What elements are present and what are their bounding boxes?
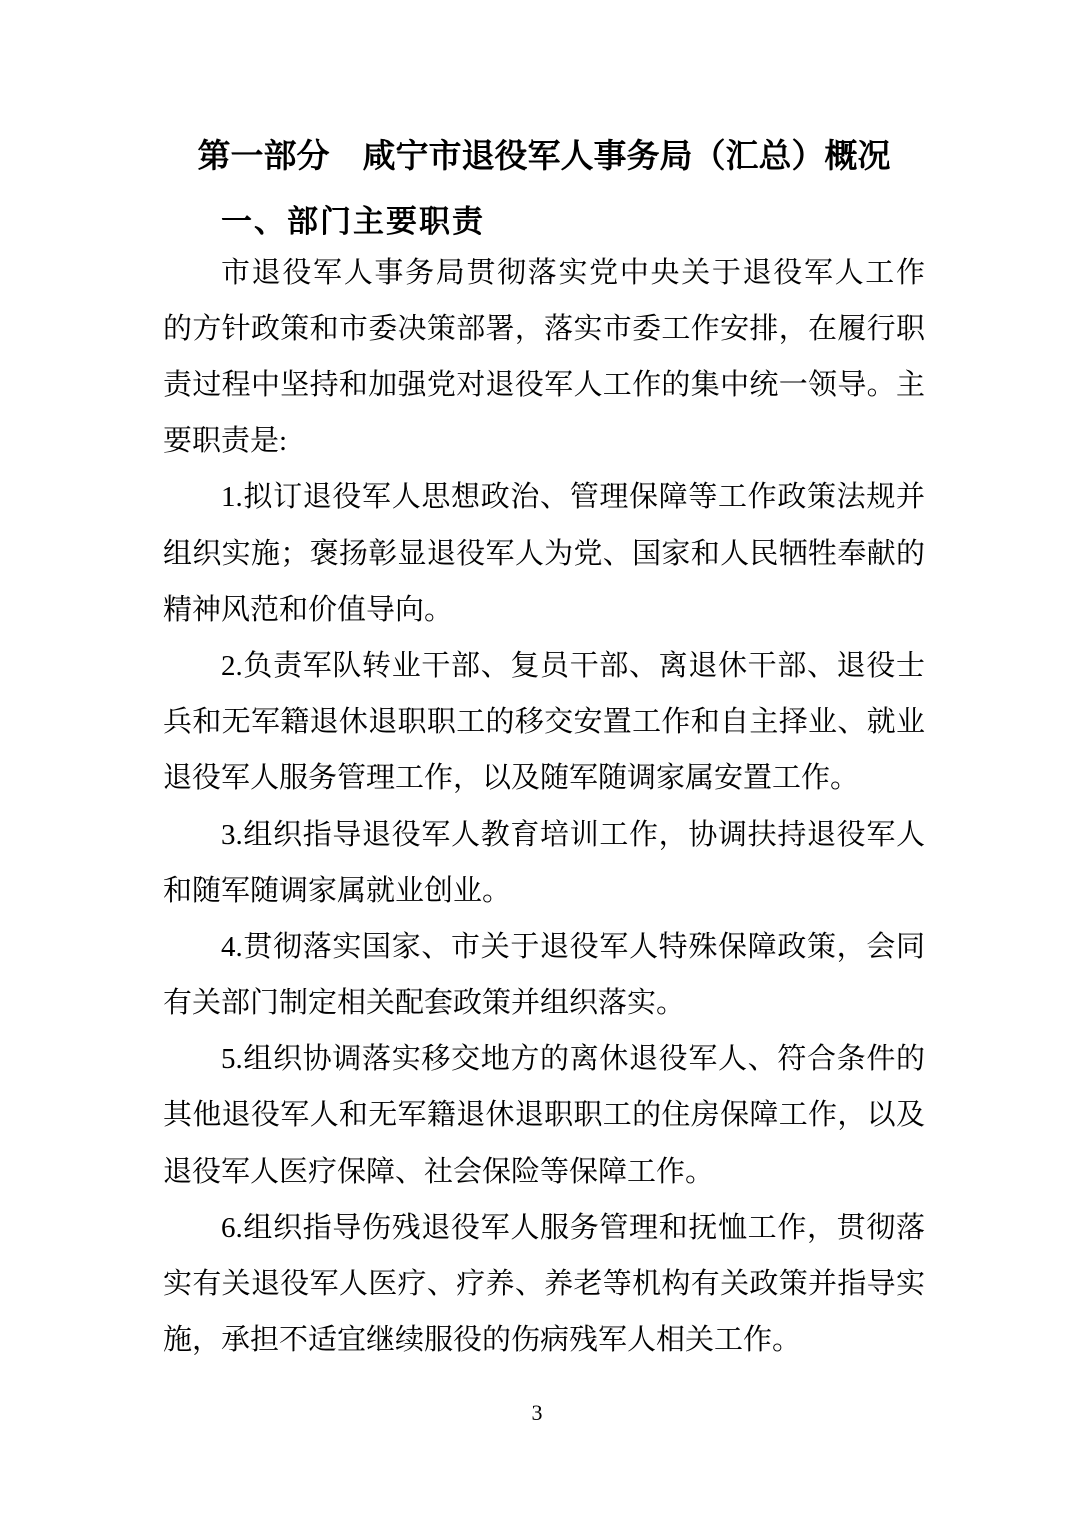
- body-text: 市退役军人事务局贯彻落实党中央关于退役军人工作 的方针政策和市委决策部署，落实市…: [163, 245, 925, 1369]
- text-line: 和随军随调家属就业创业。: [163, 863, 925, 919]
- paragraph-duty-3: 3.组织指导退役军人教育培训工作，协调扶持退役军人 和随军随调家属就业创业。: [163, 807, 925, 919]
- page-number: 3: [532, 1400, 543, 1425]
- text-line: 3.组织指导退役军人教育培训工作，协调扶持退役军人: [163, 807, 925, 863]
- paragraph-duty-6: 6.组织指导伤残退役军人服务管理和抚恤工作，贯彻落 实有关退役军人医疗、疗养、养…: [163, 1200, 925, 1369]
- text-line: 有关部门制定相关配套政策并组织落实。: [163, 975, 925, 1031]
- page-footer: 3: [0, 1400, 1074, 1426]
- text-line: 4.贯彻落实国家、市关于退役军人特殊保障政策，会同: [163, 919, 925, 975]
- text-line: 兵和无军籍退休退职职工的移交安置工作和自主择业、就业: [163, 694, 925, 750]
- text-line: 责过程中坚持和加强党对退役军人工作的集中统一领导。主: [163, 357, 925, 413]
- paragraph-intro: 市退役军人事务局贯彻落实党中央关于退役军人工作 的方针政策和市委决策部署，落实市…: [163, 245, 925, 470]
- text-line: 施，承担不适宜继续服役的伤病残军人相关工作。: [163, 1312, 925, 1368]
- text-line: 6.组织指导伤残退役军人服务管理和抚恤工作，贯彻落: [163, 1200, 925, 1256]
- paragraph-duty-2: 2.负责军队转业干部、复员干部、离退休干部、退役士 兵和无军籍退休退职职工的移交…: [163, 638, 925, 807]
- section-heading: 一、部门主要职责: [163, 206, 925, 237]
- text-line: 1.拟订退役军人思想政治、管理保障等工作政策法规并: [163, 469, 925, 525]
- text-line: 退役军人服务管理工作，以及随军随调家属安置工作。: [163, 750, 925, 806]
- document-content: 第一部分 咸宁市退役军人事务局（汇总）概况 一、部门主要职责 市退役军人事务局贯…: [163, 139, 925, 1368]
- paragraph-duty-5: 5.组织协调落实移交地方的离休退役军人、符合条件的 其他退役军人和无军籍退休退职…: [163, 1031, 925, 1200]
- text-line: 退役军人医疗保障、社会保险等保障工作。: [163, 1144, 925, 1200]
- page-title: 第一部分 咸宁市退役军人事务局（汇总）概况: [163, 139, 925, 174]
- text-line: 要职责是:: [163, 413, 925, 469]
- text-line: 市退役军人事务局贯彻落实党中央关于退役军人工作: [163, 245, 925, 301]
- text-line: 其他退役军人和无军籍退休退职职工的住房保障工作，以及: [163, 1087, 925, 1143]
- text-line: 组织实施；褒扬彰显退役军人为党、国家和人民牺牲奉献的: [163, 526, 925, 582]
- document-page: 第一部分 咸宁市退役军人事务局（汇总）概况 一、部门主要职责 市退役军人事务局贯…: [0, 0, 1074, 1520]
- text-line: 5.组织协调落实移交地方的离休退役军人、符合条件的: [163, 1031, 925, 1087]
- text-line: 精神风范和价值导向。: [163, 582, 925, 638]
- paragraph-duty-4: 4.贯彻落实国家、市关于退役军人特殊保障政策，会同 有关部门制定相关配套政策并组…: [163, 919, 925, 1031]
- text-line: 2.负责军队转业干部、复员干部、离退休干部、退役士: [163, 638, 925, 694]
- text-line: 的方针政策和市委决策部署，落实市委工作安排，在履行职: [163, 301, 925, 357]
- text-line: 实有关退役军人医疗、疗养、养老等机构有关政策并指导实: [163, 1256, 925, 1312]
- paragraph-duty-1: 1.拟订退役军人思想政治、管理保障等工作政策法规并 组织实施；褒扬彰显退役军人为…: [163, 469, 925, 638]
